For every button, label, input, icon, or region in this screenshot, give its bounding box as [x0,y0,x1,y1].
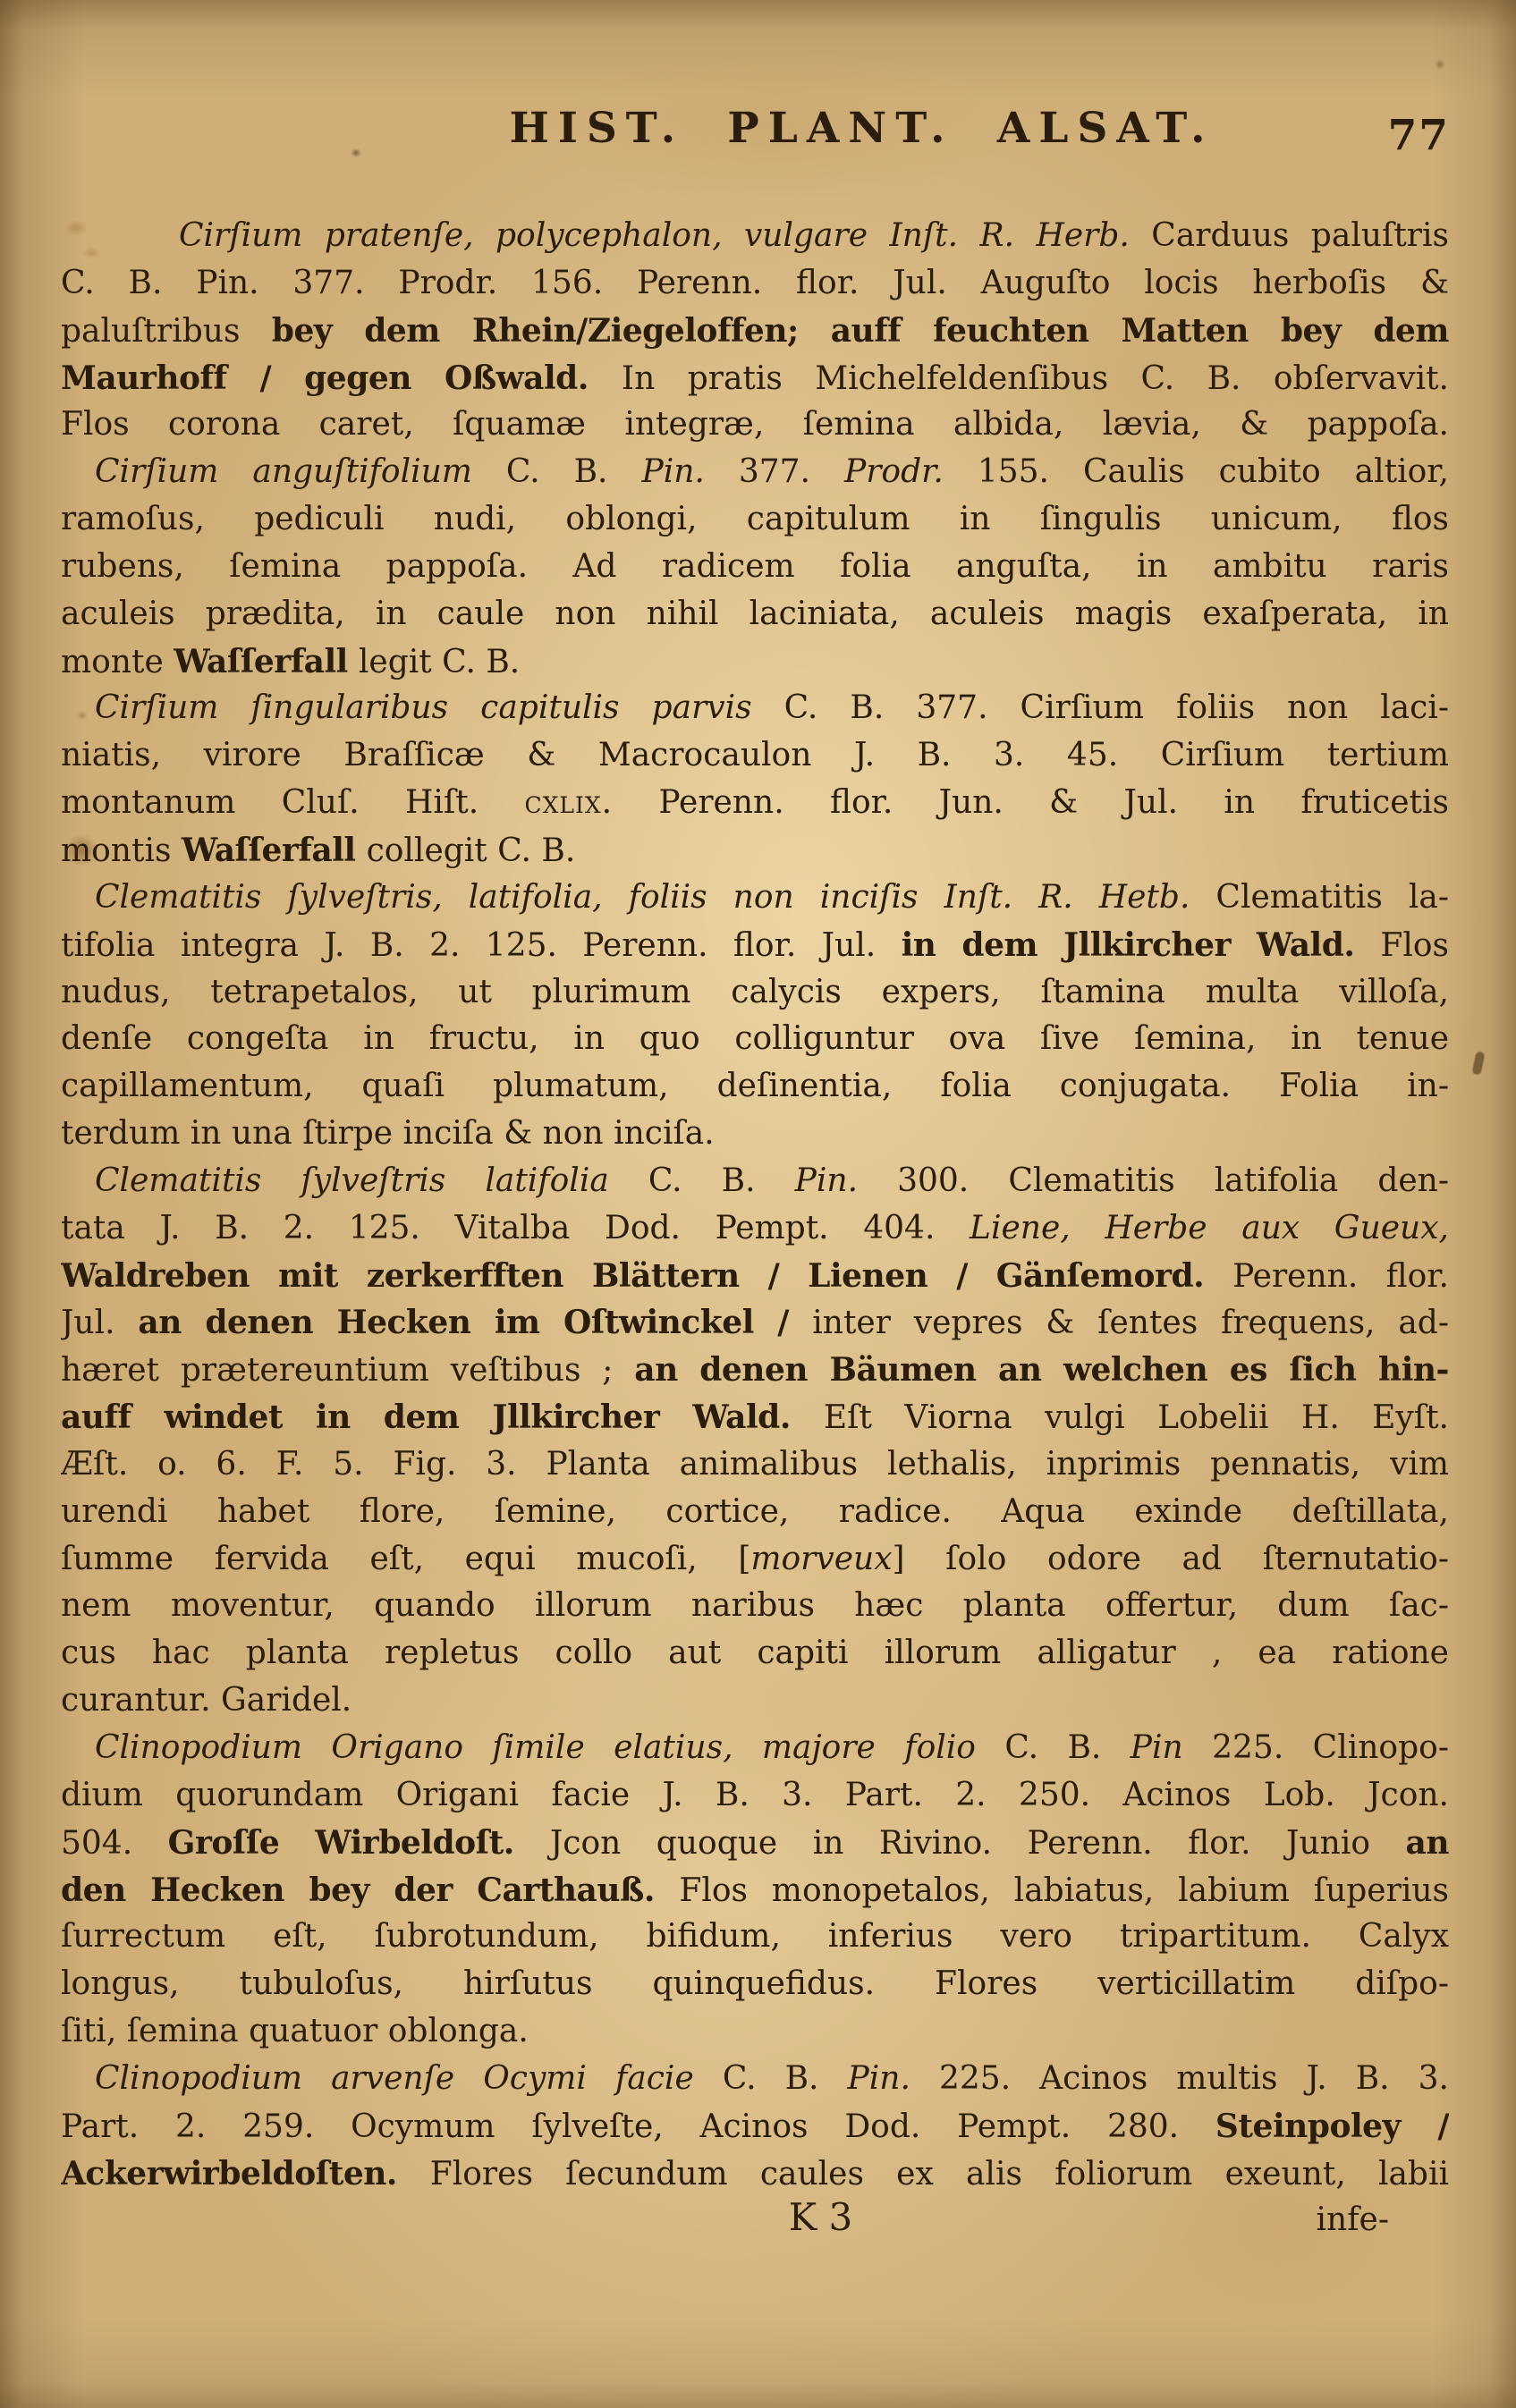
page-title: HIST. PLANT. ALSAT. [0,104,1516,153]
text-line: hæret prætereuntium veſtibus ; an denen … [61,1347,1449,1394]
fraktur-text: bey dem Rhein/Ziegeloffen; auff feuchten… [272,312,1449,350]
italic-text: Clematitis ſylveſtris, latifolia, foliis… [95,879,1215,916]
catchword: infe- [1317,2201,1390,2238]
roman-text: Flos [1380,927,1449,964]
roman-text: Perenn. flor. Jun. & Jul. in fruticetis [613,784,1449,821]
roman-text: 377. [739,453,844,490]
text-line: longus, tubuloſus, hirſutus quinquefidus… [61,1961,1449,2008]
roman-text: nudus, tetrapetalos, ut plurimum calycis… [61,974,1449,1010]
roman-text: curantur. Garidel. [61,1682,351,1719]
roman-text: capillamentum, quaſi plumatum, deſinenti… [61,1068,1449,1104]
ink-speck [1435,59,1445,70]
fraktur-text: Groſſe Wirbeldoſt. [168,1824,550,1862]
text-block: Cirſium pratenſe, polycephalon, vulgare … [61,213,1449,2197]
text-line: nem moventur, quando illorum naribus hæc… [61,1583,1449,1630]
roman-text: monte [61,644,174,680]
italic-text: Pin. [641,453,738,490]
text-line: 504. Groſſe Wirbeldoſt. Jcon quoque in R… [61,1820,1449,1867]
text-line: aculeis prædita, in caule non nihil laci… [61,591,1449,638]
text-line: monte Waſſerfall legit C. B. [61,638,1449,686]
text-line: Clematitis ſylveſtris, latifolia, foliis… [61,874,1449,922]
text-line: Cirſium pratenſe, polycephalon, vulgare … [61,213,1449,260]
text-line: tifolia integra J. B. 2. 125. Perenn. fl… [61,922,1449,969]
text-line: curantur. Garidel. [61,1677,1449,1725]
roman-text: Flos monopetalos, labiatus, labium ſuper… [679,1872,1449,1909]
roman-text: rubens, ſemina pappoſa. Ad radicem folia… [61,548,1449,585]
roman-text: C. B. Pin. 377. Prodr. 156. Perenn. flor… [61,265,1449,301]
italic-text: morveux [750,1541,892,1577]
roman-text: C. B. [1004,1729,1130,1766]
roman-text: terdum in una ſtirpe inciſa & non inciſa… [61,1115,715,1152]
text-line: Ackerwirbeldoſten. Flores ſecundum caule… [61,2150,1449,2198]
text-line: nudus, tetrapetalos, ut plurimum calycis… [61,969,1449,1017]
roman-text: 225. Clinopo- [1212,1729,1449,1766]
text-line: Clinopodium Origano ſimile elatius, majo… [61,1725,1449,1772]
text-line: Jul. an denen Hecken im Oſtwinckel / int… [61,1299,1449,1347]
italic-text: Cirſium anguſtifolium [95,453,506,490]
text-line: Maurhoff / gegen Oßwald. In pratis Miche… [61,355,1449,402]
text-line: dium quorundam Origani facie J. B. 3. Pa… [61,1772,1449,1820]
text-line: Part. 2. 259. Ocymum ſylveſte, Acinos Do… [61,2103,1449,2150]
roman-text: montis [61,832,182,869]
italic-text: Pin. [795,1162,897,1199]
roman-text: C. B. [506,453,642,490]
text-line: ramoſus, pediculi nudi, oblongi, capitul… [61,496,1449,544]
text-line: auff windet in dem Jllkircher Wald. Eſt … [61,1394,1449,1441]
roman-text: Carduus paluſtris [1151,217,1449,254]
fraktur-text: an denen Hecken im Oſtwinckel / [138,1304,812,1341]
roman-text: ſumme fervida eſt, equi mucoſi, [ [61,1541,750,1577]
text-line: den Hecken bey der Carthauß. Flos monope… [61,1867,1449,1914]
text-line: ſumme fervida eſt, equi mucoſi, [morveux… [61,1536,1449,1584]
roman-text: montanum Cluſ. Hiſt. [61,784,524,821]
roman-text: cus hac planta repletus collo aut capiti… [61,1635,1449,1671]
roman-text: niatis, virore Braſſicæ & Macrocaulon J.… [61,737,1449,773]
roman-text: tata J. B. 2. 125. Vitalba Dod. Pempt. 4… [61,1210,970,1246]
text-line: denſe congeſta in fructu, in quo colligu… [61,1016,1449,1063]
roman-text: legit C. B. [359,644,520,680]
signature-mark: K 3 [0,2195,1516,2239]
roman-text: aculeis prædita, in caule non nihil laci… [61,596,1449,632]
text-line: cus hac planta repletus collo aut capiti… [61,1630,1449,1677]
text-line: niatis, virore Braſſicæ & Macrocaulon J.… [61,732,1449,780]
italic-text: Clinopodium arvenſe Ocymi facie [95,2060,723,2097]
text-line: paluſtribus bey dem Rhein/Ziegeloffen; a… [61,308,1449,355]
fraktur-text: Waſſerfall [174,643,359,680]
text-line: ſurrectum eſt, ſubrotundum, bifidum, inf… [61,1914,1449,1961]
roman-text: hæret prætereuntium veſtibus ; [61,1352,634,1389]
text-line: Clinopodium arvenſe Ocymi facie C. B. Pi… [61,2056,1449,2103]
text-line: montis Waſſerfall collegit C. B. [61,827,1449,874]
roman-text: ] ſolo odore ad ſternutatio- [893,1541,1449,1577]
roman-text: tifolia integra J. B. 2. 125. Perenn. fl… [61,927,902,964]
roman-text: C. B. [723,2060,848,2097]
roman-text: urendi habet flore, ſemine, cortice, rad… [61,1493,1449,1530]
text-line: tata J. B. 2. 125. Vitalba Dod. Pempt. 4… [61,1205,1449,1253]
roman-text: longus, tubuloſus, hirſutus quinquefidus… [61,1965,1449,2002]
text-line: Clematitis ſylveſtris latifolia C. B. Pi… [61,1158,1449,1205]
roman-text: 155. Caulis cubito altior, [978,453,1449,490]
roman-text: denſe congeſta in fructu, in quo colligu… [61,1020,1449,1057]
italic-text: Liene, Herbe aux Gueux, [970,1210,1449,1246]
roman-text: 225. Acinos multis J. B. 3. [939,2060,1449,2097]
text-line: Waldreben mit zerkerfften Blättern / Lie… [61,1253,1449,1300]
smallcaps-text: cxlix. [524,784,613,821]
roman-text: ſiti, ſemina quatuor oblonga. [61,2013,529,2049]
text-line: Flos corona caret, ſquamæ integræ, ſemin… [61,401,1449,449]
roman-text: paluſtribus [61,313,272,350]
fraktur-text: in dem Jllkircher Wald. [902,926,1381,964]
italic-text: Clinopodium Origano ſimile elatius, majo… [95,1729,1004,1766]
roman-text: C. B. [648,1162,795,1199]
italic-text: Pin. [848,2060,939,2097]
fraktur-text: Steinpoley / [1215,2108,1449,2145]
roman-text: ramoſus, pediculi nudi, oblongi, capitul… [61,501,1449,537]
text-line: ſiti, ſemina quatuor oblonga. [61,2008,1449,2056]
roman-text: In pratis Michelfeldenſibus C. B. obſerv… [622,360,1449,397]
roman-text: nem moventur, quando illorum naribus hæc… [61,1587,1449,1624]
roman-text: Perenn. flor. [1232,1258,1449,1295]
roman-text: Clematitis la- [1215,879,1449,916]
text-line: terdum in una ſtirpe inciſa & non inciſa… [61,1111,1449,1158]
roman-text: ſurrectum eſt, ſubrotundum, bifidum, inf… [61,1918,1449,1955]
roman-text: C. B. 377. Cirſium foliis non laci- [784,689,1449,726]
fraktur-text: Ackerwirbeldoſten. [61,2155,430,2193]
text-line: C. B. Pin. 377. Prodr. 156. Perenn. flor… [61,260,1449,308]
italic-text: Cirſium pratenſe, polycephalon, vulgare … [179,217,1151,254]
roman-text: 504. [61,1825,168,1862]
book-page: HIST. PLANT. ALSAT. 77 Cirſium pratenſe,… [0,0,1516,2408]
text-line: rubens, ſemina pappoſa. Ad radicem folia… [61,544,1449,591]
roman-text: Jul. [61,1305,138,1341]
italic-text: Clematitis ſylveſtris latifolia [95,1162,648,1199]
italic-text: Prodr. [844,453,978,490]
fraktur-text: Waldreben mit zerkerfften Blättern / Lie… [61,1257,1232,1295]
roman-text: Flores ſecundum caules ex alis foliorum … [430,2156,1449,2193]
text-line: Cirſium anguſtifolium C. B. Pin. 377. Pr… [61,449,1449,496]
fraktur-text: an denen Bäumen an welchen es ſich hin- [634,1351,1449,1389]
margin-ink-mark [1471,1051,1485,1076]
text-line: montanum Cluſ. Hiſt. cxlix. Perenn. flor… [61,780,1449,827]
roman-text: dium quorundam Origani facie J. B. 3. Pa… [61,1777,1449,1813]
roman-text: inter vepres & ſentes frequens, ad- [812,1305,1449,1341]
page-number: 77 [1388,111,1450,160]
roman-text: Eſt Viorna vulgi Lobelii H. Eyſt. [824,1399,1449,1436]
roman-text: Æſt. o. 6. F. 5. Fig. 3. Planta animalib… [61,1446,1449,1483]
text-line: urendi habet flore, ſemine, cortice, rad… [61,1489,1449,1536]
roman-text: Jcon quoque in Rivino. Perenn. flor. Jun… [550,1825,1406,1862]
text-line: Æſt. o. 6. F. 5. Fig. 3. Planta animalib… [61,1441,1449,1489]
roman-text: Part. 2. 259. Ocymum ſylveſte, Acinos Do… [61,2108,1215,2145]
fraktur-text: den Hecken bey der Carthauß. [61,1871,679,1909]
fraktur-text: Waſſerfall [182,832,367,869]
roman-text: Flos corona caret, ſquamæ integræ, ſemin… [61,406,1449,443]
fraktur-text: an [1406,1824,1450,1862]
italic-text: Pin [1131,1729,1212,1766]
fraktur-text: auff windet in dem Jllkircher Wald. [61,1398,824,1436]
roman-text: collegit C. B. [367,832,576,869]
fraktur-text: Maurhoff / gegen Oßwald. [61,359,622,397]
italic-text: Cirſium ſingularibus capitulis parvis [95,689,784,726]
text-line: capillamentum, quaſi plumatum, deſinenti… [61,1063,1449,1111]
roman-text: 300. Clematitis latifolia den- [897,1162,1449,1199]
text-line: Cirſium ſingularibus capitulis parvis C.… [61,685,1449,732]
